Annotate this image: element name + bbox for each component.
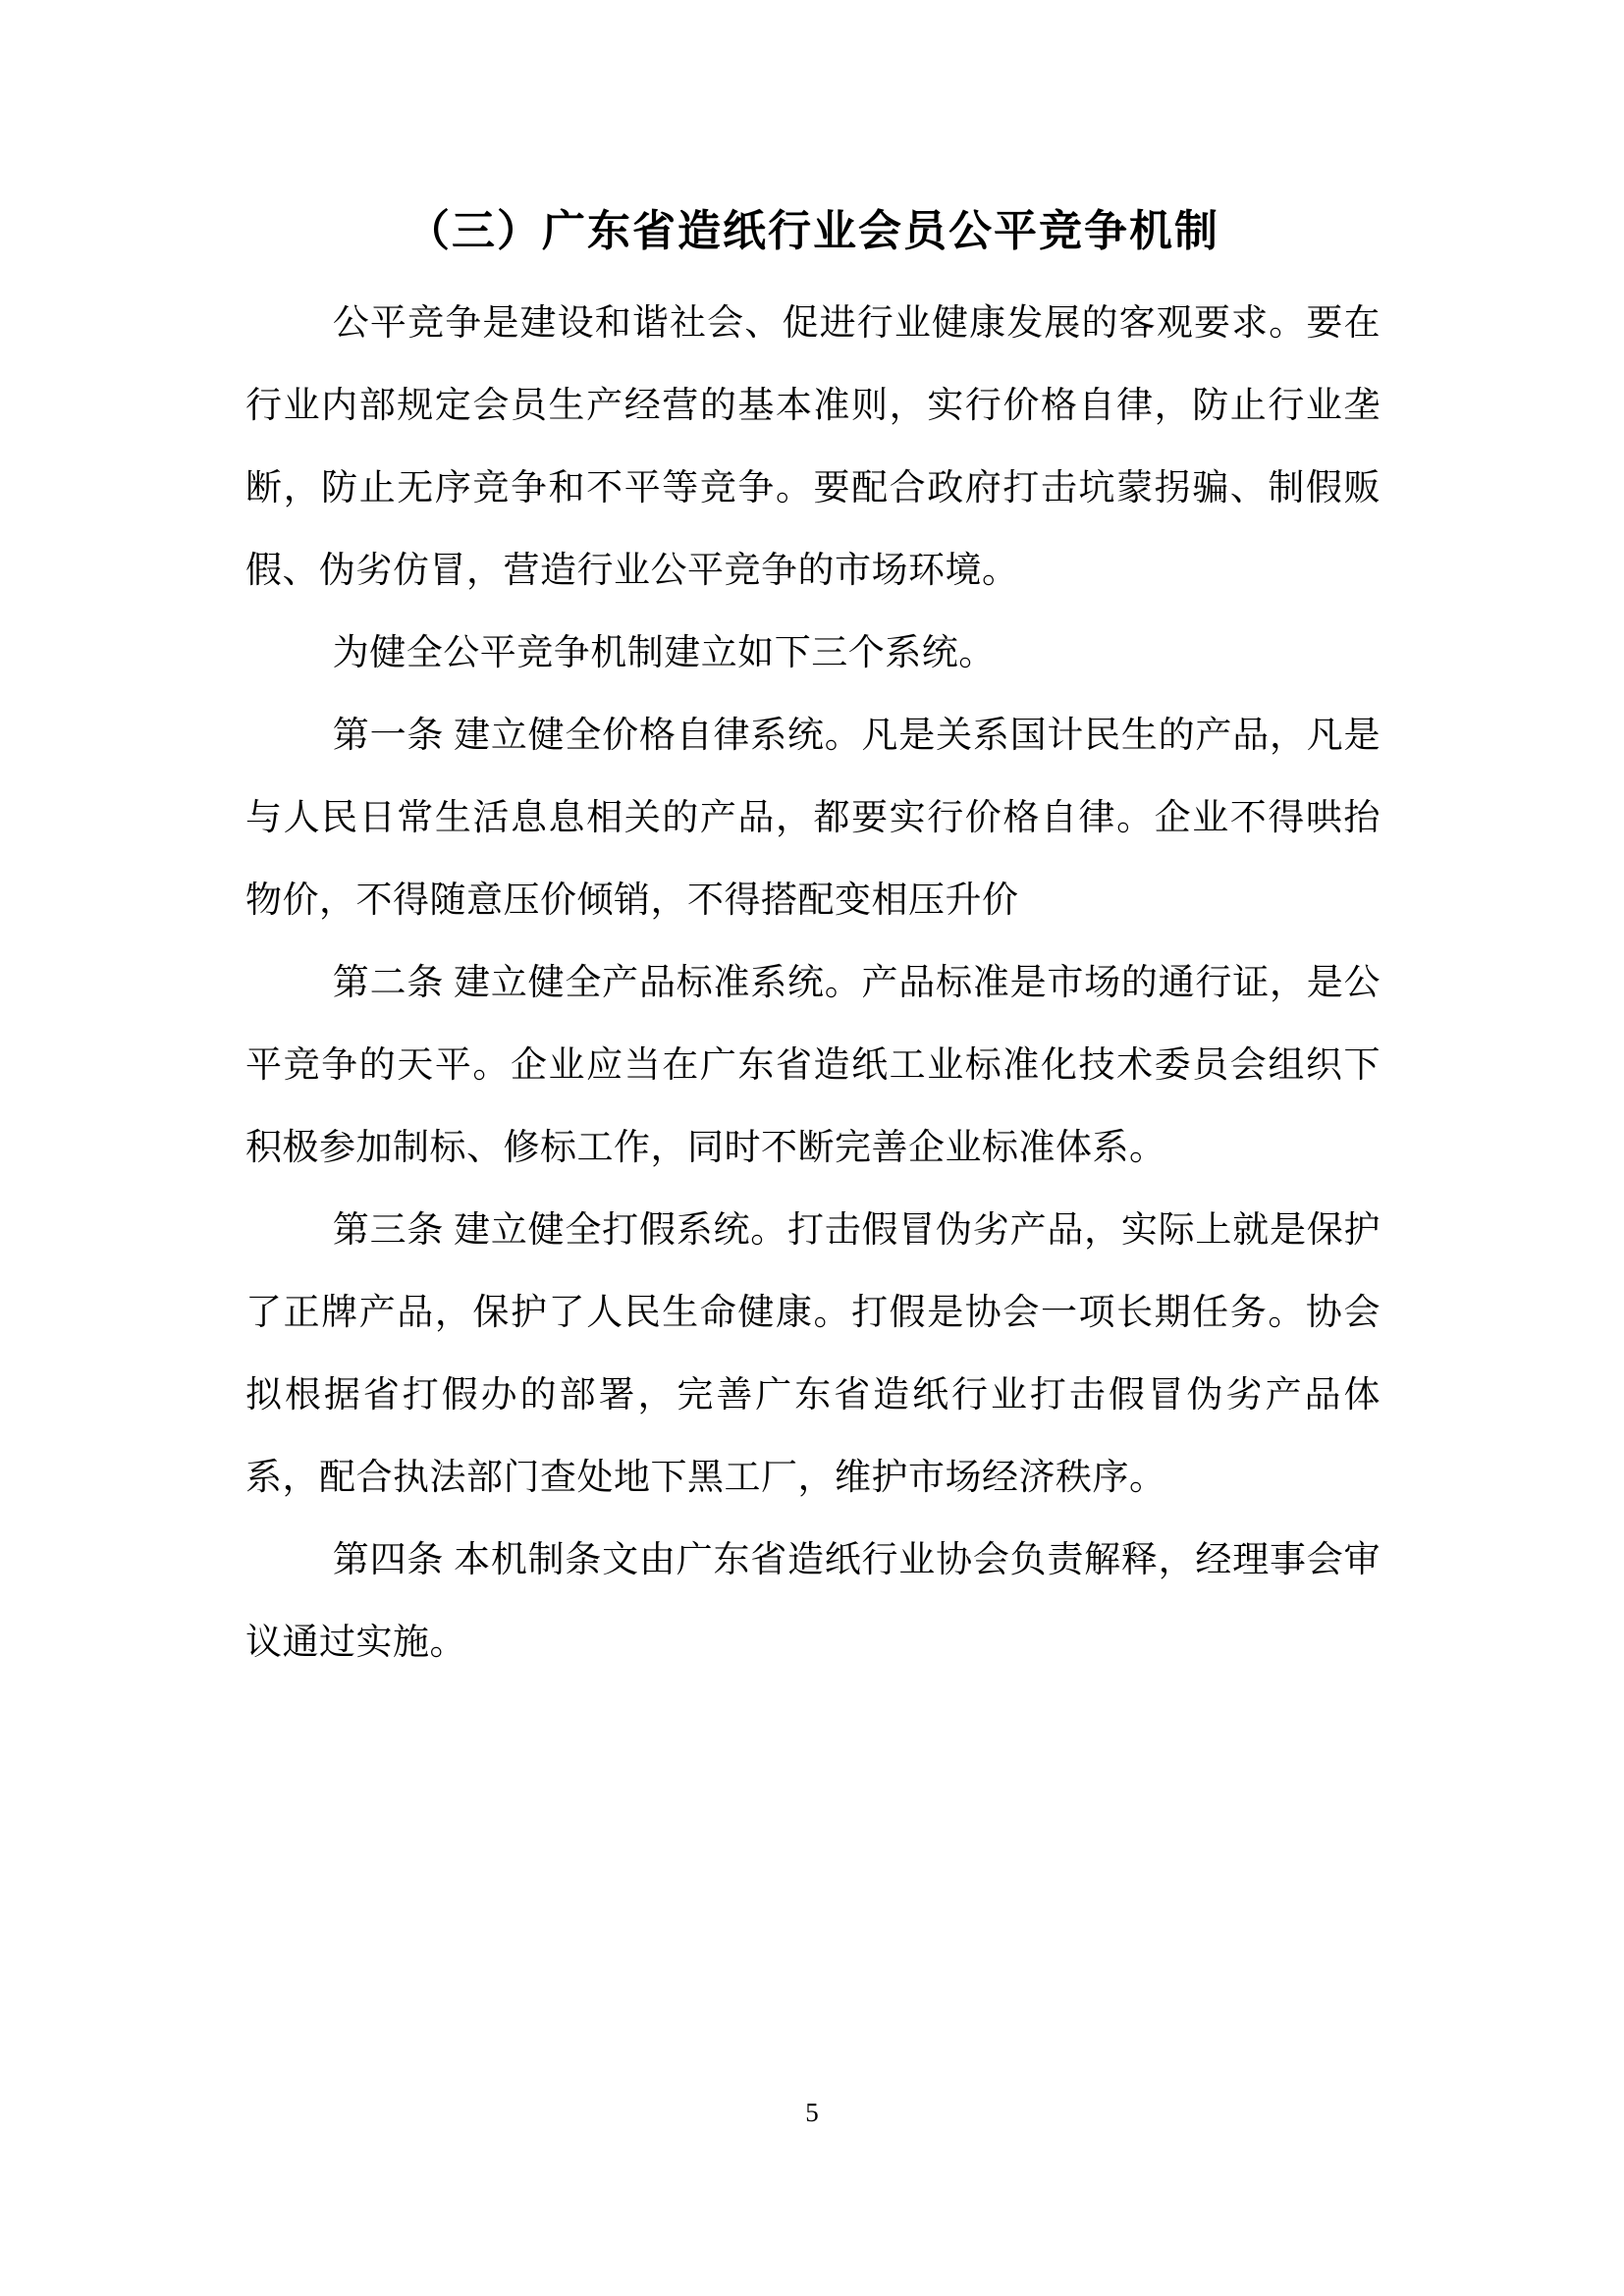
paragraph: 第三条 建立健全打假系统。打击假冒伪劣产品，实际上就是保护了正牌产品，保护了人民… bbox=[245, 1190, 1380, 1520]
paragraph: 第一条 建立健全价格自律系统。凡是关系国计民生的产品，凡是与人民日常生活息息相关… bbox=[245, 695, 1380, 942]
document-page: （三）广东省造纸行业会员公平竞争机制 公平竞争是建设和谐社会、促进行业健康发展的… bbox=[0, 0, 1624, 2296]
document-content: （三）广东省造纸行业会员公平竞争机制 公平竞争是建设和谐社会、促进行业健康发展的… bbox=[245, 204, 1380, 1684]
paragraph: 为健全公平竞争机制建立如下三个系统。 bbox=[245, 613, 1380, 695]
paragraph: 公平竞争是建设和谐社会、促进行业健康发展的客观要求。要在行业内部规定会员生产经营… bbox=[245, 283, 1380, 613]
paragraph: 第四条 本机制条文由广东省造纸行业协会负责解释，经理事会审议通过实施。 bbox=[245, 1520, 1380, 1684]
paragraph: 第二条 建立健全产品标准系统。产品标准是市场的通行证，是公平竞争的天平。企业应当… bbox=[245, 942, 1380, 1190]
page-number: 5 bbox=[0, 2097, 1624, 2128]
document-body: 公平竞争是建设和谐社会、促进行业健康发展的客观要求。要在行业内部规定会员生产经营… bbox=[245, 283, 1380, 1684]
document-title: （三）广东省造纸行业会员公平竞争机制 bbox=[245, 204, 1380, 259]
